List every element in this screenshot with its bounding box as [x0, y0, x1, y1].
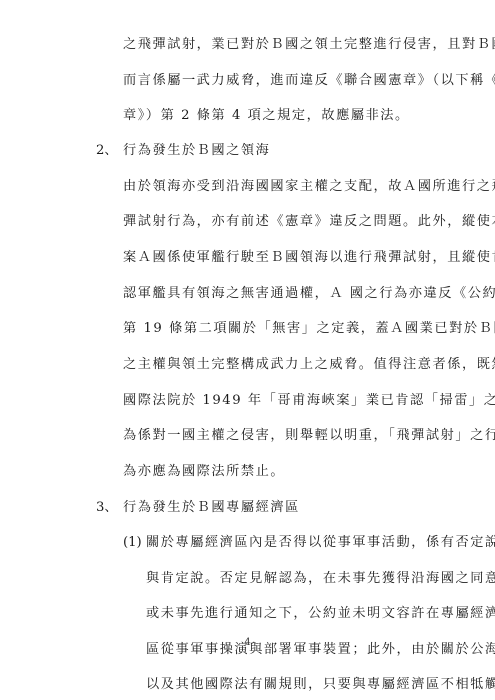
section-number: 3、: [96, 499, 118, 517]
subitem-number: (1): [123, 534, 142, 552]
paragraph-line: 為係對一國主權之侵害，則舉輕以明重，「飛彈試射」之行: [123, 427, 495, 445]
paragraph-line: 案Ａ國係使軍艦行駛至Ｂ國領海以進行飛彈試射，且縱使肯: [123, 249, 495, 267]
section-heading: 行為發生於Ｂ國之領海: [123, 142, 270, 160]
paragraph-line: 彈試射行為，亦有前述《憲章》違反之問題。此外，縱使本: [123, 213, 495, 231]
paragraph-line: 之主權與領土完整構成武力上之威脅。值得注意者係，既然: [123, 356, 495, 374]
paragraph-line: 第 19 條第二項關於「無害」之定義，蓋Ａ國業已對於Ｂ國: [123, 320, 495, 338]
paragraph-line: 章》）第 2 條第 4 項之規定，故應屬非法。: [123, 107, 410, 125]
paragraph-line: 與肯定說。否定見解認為，在未事先獲得沿海國之同意: [146, 570, 495, 588]
paragraph-line: 以及其他國際法有關規則，只要與專屬經濟區不相牴觸: [146, 676, 495, 694]
paragraph-line: 或未事先進行通知之下，公約並未明文容許在專屬經濟: [146, 605, 495, 623]
paragraph-line: 國際法院於 1949 年「哥甫海峽案」業已肯認「掃雷」之行: [123, 392, 495, 410]
paragraph-line: 為亦應為國際法所禁止。: [123, 463, 285, 481]
paragraph-line: 之飛彈試射，業已對於Ｂ國之領土完整進行侵害，且對Ｂ國: [123, 36, 495, 54]
paragraph-line: 而言係屬一武力威脅，進而違反《聯合國憲章》（以下稱《憲: [123, 72, 495, 90]
document-page: 之飛彈試射，業已對於Ｂ國之領土完整進行侵害，且對Ｂ國 而言係屬一武力威脅，進而違…: [0, 0, 495, 700]
paragraph-line: 關於專屬經濟區內是否得以從事軍事活動，係有否定說: [146, 534, 495, 552]
section-heading: 行為發生於Ｂ國專屬經濟區: [123, 499, 300, 517]
paragraph-line: 由於領海亦受到沿海國國家主權之支配，故Ａ國所進行之飛: [123, 178, 495, 196]
section-number: 2、: [96, 142, 118, 160]
page-number: 4: [0, 637, 495, 648]
paragraph-line: 認軍艦具有領海之無害通過權，Ａ 國之行為亦違反《公約》: [123, 285, 495, 303]
